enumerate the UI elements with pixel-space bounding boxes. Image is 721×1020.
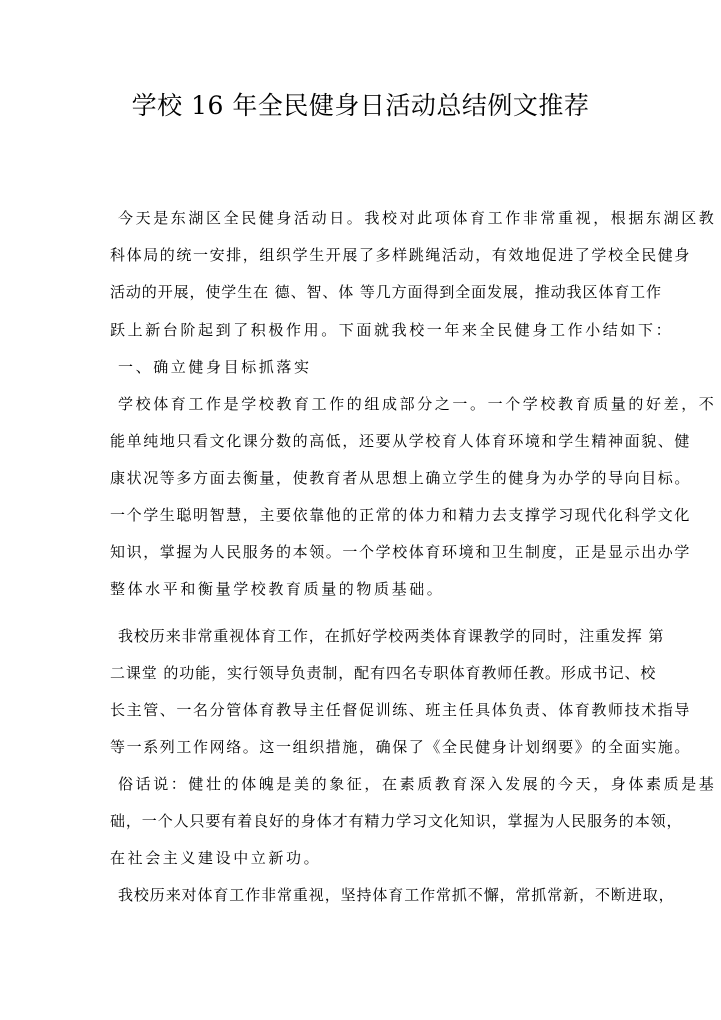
document-page: 学校 16 年全民健身日活动总结例文推荐 今天是东湖区全民健身活动日。我校对此项… [0,0,721,1020]
paragraph-line: 俗话说：健壮的体魄是美的象征，在素质教育深入发展的今天，身体素质是基 [118,774,628,794]
paragraph-line: 学校体育工作是学校教育工作的组成部分之一。一个学校教育质量的好差，不 [118,394,628,414]
paragraph-line: 二课堂 的功能，实行领导负责制，配有四名专职体育教师任教。形成书记、校 [110,663,620,683]
paragraph-line: 康状况等多方面去衡量，使教育者从思想上确立学生的健身为办学的导向目标。 [110,468,620,488]
paragraph-line: 等一系列工作网络。这一组织措施，确保了《全民健身计划纲要》的全面实施。 [110,737,620,757]
paragraph-line: 一个学生聪明智慧，主要依靠他的正常的体力和精力去支撑学习现代化科学文化 [110,505,620,525]
document-title: 学校 16 年全民健身日活动总结例文推荐 [0,88,721,124]
paragraph-line: 长主管、一名分管体育教导主任督促训练、班主任具体负责、体育教师技术指导 [110,700,620,720]
section-heading: 一、确立健身目标抓落实 [118,357,628,377]
paragraph-line: 今天是东湖区全民健身活动日。我校对此项体育工作非常重视，根据东湖区教 [118,208,628,228]
paragraph-line: 跃上新台阶起到了积极作用。下面就我校一年来全民健身工作小结如下： [110,320,620,340]
paragraph-line: 我校历来对体育工作非常重视，坚持体育工作常抓不懈，常抓常新，不断进取， [118,885,628,905]
paragraph-line: 知识，掌握为人民服务的本领。一个学校体育环境和卫生制度，正是显示出办学 [110,542,620,562]
paragraph-line: 活动的开展，使学生在 德、智、体 等几方面得到全面发展，推动我区体育工作 [110,282,620,302]
paragraph-line: 我校历来非常重视体育工作，在抓好学校两类体育课教学的同时，注重发挥 第 [118,626,628,646]
paragraph-line: 科体局的统一安排，组织学生开展了多样跳绳活动，有效地促进了学校全民健身 [110,245,620,265]
paragraph-line: 础，一个人只要有着良好的身体才有精力学习文化知识，掌握为人民服务的本领， [110,811,620,831]
paragraph-line: 整体水平和衡量学校教育质量的物质基础。 [110,579,620,599]
paragraph-line: 在社会主义建设中立新功。 [110,848,620,868]
paragraph-line: 能单纯地只看文化课分数的高低，还要从学校育人体育环境和学生精神面貌、健 [110,431,620,451]
